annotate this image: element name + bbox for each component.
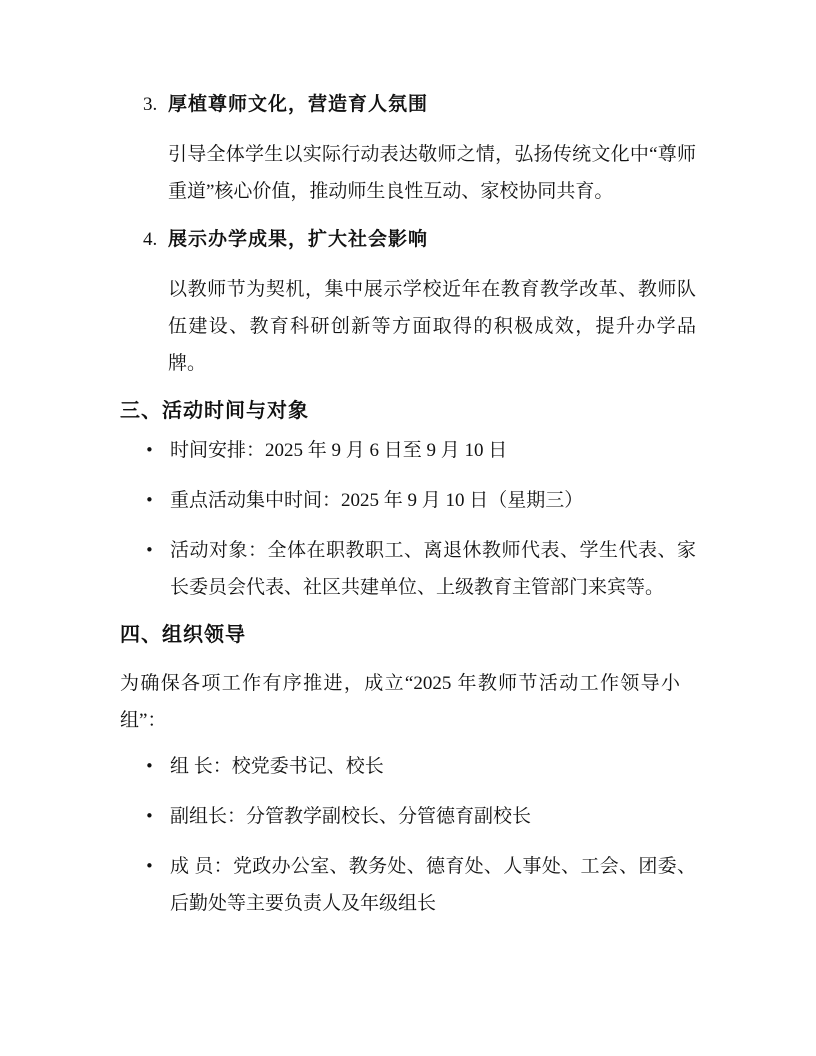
bullet-icon: •	[145, 798, 170, 835]
document-page: 3. 厚植尊师文化，营造育人氛围 引导全体学生以实际行动表达敬师之情，弘扬传统文…	[0, 0, 816, 1056]
list-item-text: 活动对象：全体在职教职工、离退休教师代表、学生代表、家长委员会代表、社区共建单位…	[170, 532, 696, 606]
section-heading-time-audience: 三、活动时间与对象	[120, 393, 696, 430]
list-item-text: 副组长：分管教学副校长、分管德育副校长	[170, 798, 696, 835]
list-item-text: 成 员：党政办公室、教务处、德育处、人事处、工会、团委、后勤处等主要负责人及年级…	[170, 848, 696, 922]
organization-intro: 为确保各项工作有序推进，成立“2025 年教师节活动工作领导小组”：	[120, 665, 680, 739]
bullet-icon: •	[145, 532, 170, 606]
item-title: 展示办学成果，扩大社会影响	[168, 221, 428, 258]
list-item: • 重点活动集中时间：2025 年 9 月 10 日（星期三）	[145, 482, 696, 519]
item-number: 3.	[143, 86, 168, 123]
list-item: • 时间安排：2025 年 9 月 6 日至 9 月 10 日	[145, 432, 696, 469]
section-heading-organization: 四、组织领导	[120, 617, 696, 654]
list-item-text: 组 长：校党委书记、校长	[170, 748, 696, 785]
list-item: • 组 长：校党委书记、校长	[145, 748, 696, 785]
list-item: • 副组长：分管教学副校长、分管德育副校长	[145, 798, 696, 835]
item-number: 4.	[143, 221, 168, 258]
item-title: 厚植尊师文化，营造育人氛围	[168, 86, 428, 123]
list-item: • 成 员：党政办公室、教务处、德育处、人事处、工会、团委、后勤处等主要负责人及…	[145, 848, 696, 922]
numbered-item-3-heading: 3. 厚植尊师文化，营造育人氛围	[143, 86, 696, 123]
list-item-text: 重点活动集中时间：2025 年 9 月 10 日（星期三）	[170, 482, 696, 519]
organization-list: • 组 长：校党委书记、校长 • 副组长：分管教学副校长、分管德育副校长 • 成…	[120, 748, 696, 922]
list-item-text: 时间安排：2025 年 9 月 6 日至 9 月 10 日	[170, 432, 696, 469]
bullet-icon: •	[145, 432, 170, 469]
bullet-icon: •	[145, 748, 170, 785]
numbered-item-3-body: 引导全体学生以实际行动表达敬师之情，弘扬传统文化中“尊师重道”核心价值，推动师生…	[168, 136, 696, 210]
numbered-item-4-heading: 4. 展示办学成果，扩大社会影响	[143, 221, 696, 258]
time-audience-list: • 时间安排：2025 年 9 月 6 日至 9 月 10 日 • 重点活动集中…	[120, 432, 696, 606]
bullet-icon: •	[145, 482, 170, 519]
list-item: • 活动对象：全体在职教职工、离退休教师代表、学生代表、家长委员会代表、社区共建…	[145, 532, 696, 606]
bullet-icon: •	[145, 848, 170, 922]
numbered-item-4-body: 以教师节为契机，集中展示学校近年在教育教学改革、教师队伍建设、教育科研创新等方面…	[168, 271, 696, 382]
